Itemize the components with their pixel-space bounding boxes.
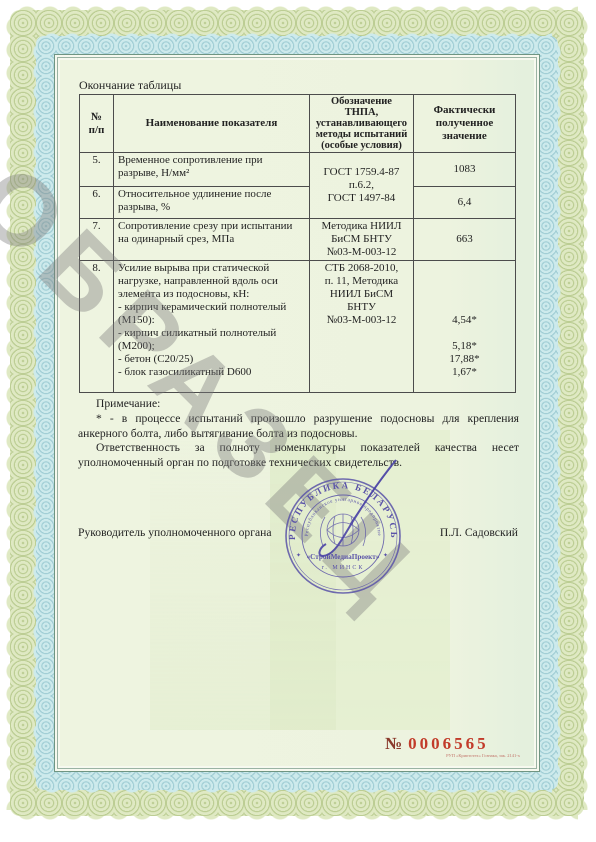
printer-imprint: РУП «Криптотех» Гознака, зак. 2141-х	[390, 753, 520, 758]
header-actual-value: Фактически полученное значение	[414, 95, 516, 153]
tnpa-cell-merged: ГОСТ 1759.4-87 п.6.2, ГОСТ 1497-84	[310, 153, 414, 219]
value-cell: 1083	[414, 153, 516, 187]
row-number-cell: 5.	[80, 153, 114, 187]
stamp-star-right-icon: ✦	[383, 552, 388, 559]
table-row: 6. Относительное удлинение после разрыва…	[80, 187, 516, 219]
indicator-cell: Относительное удлинение после разрыва, %	[114, 187, 310, 219]
value-cell: 4,54* 5,18* 17,88* 1,67*	[414, 261, 516, 393]
stamp-org-name-text: «СтройМедиаПроект»	[307, 553, 380, 561]
certificate-page: ОБРАЗЕЦ Окончание таблицы № п/п Наименов…	[0, 0, 596, 842]
row-number-cell: 8.	[80, 261, 114, 393]
header-indicator: Наименование показателя	[114, 95, 310, 153]
notes-footnote: * - в процессе испытаний произошло разру…	[78, 412, 519, 442]
table-header-row: № п/п Наименование показателя Обозначени…	[80, 95, 516, 153]
value-cell: 663	[414, 219, 516, 261]
table-caption: Окончание таблицы	[79, 78, 181, 93]
serial-number-digits: 0006565	[408, 734, 489, 753]
test-results-table: № п/п Наименование показателя Обозначени…	[79, 94, 516, 393]
table-row: 8. Усилие вырыва при статической нагрузк…	[80, 261, 516, 393]
value-cell: 6,4	[414, 187, 516, 219]
table-row: 5. Временное сопротивление при разрыве, …	[80, 153, 516, 187]
header-tnpa: Обозначение ТНПА, устанавливающего метод…	[310, 95, 414, 153]
indicator-cell: Временное сопротивление при разрыве, Н/м…	[114, 153, 310, 187]
signatory-name: П.Л. Садовский	[440, 526, 518, 539]
tnpa-cell: Методика НИИЛ БиСМ БНТУ №03-М-003-12	[310, 219, 414, 261]
stamp-coat-of-arms	[320, 514, 365, 546]
signatory-title: Руководитель уполномоченного органа	[78, 526, 271, 539]
row-number-cell: 7.	[80, 219, 114, 261]
stamp-city-text: г. МИНСК	[322, 565, 365, 571]
indicator-cell: Усилие вырыва при статической нагрузке, …	[114, 261, 310, 393]
row-number-cell: 6.	[80, 187, 114, 219]
official-stamp: РЕСПУБЛИКА БЕЛАРУСЬ Республиканское унит…	[272, 456, 422, 606]
indicator-cell: Сопротивление срезу при испытании на оди…	[114, 219, 310, 261]
stamp-star-left-icon: ✦	[296, 552, 301, 559]
header-row-number: № п/п	[80, 95, 114, 153]
serial-number: №0006565	[385, 734, 489, 754]
serial-number-prefix: №	[385, 734, 402, 753]
notes-title: Примечание:	[78, 397, 519, 412]
tnpa-cell: СТБ 2068-2010, п. 11, Методика НИИЛ БиСМ…	[310, 261, 414, 393]
table-row: 7. Сопротивление срезу при испытании на …	[80, 219, 516, 261]
